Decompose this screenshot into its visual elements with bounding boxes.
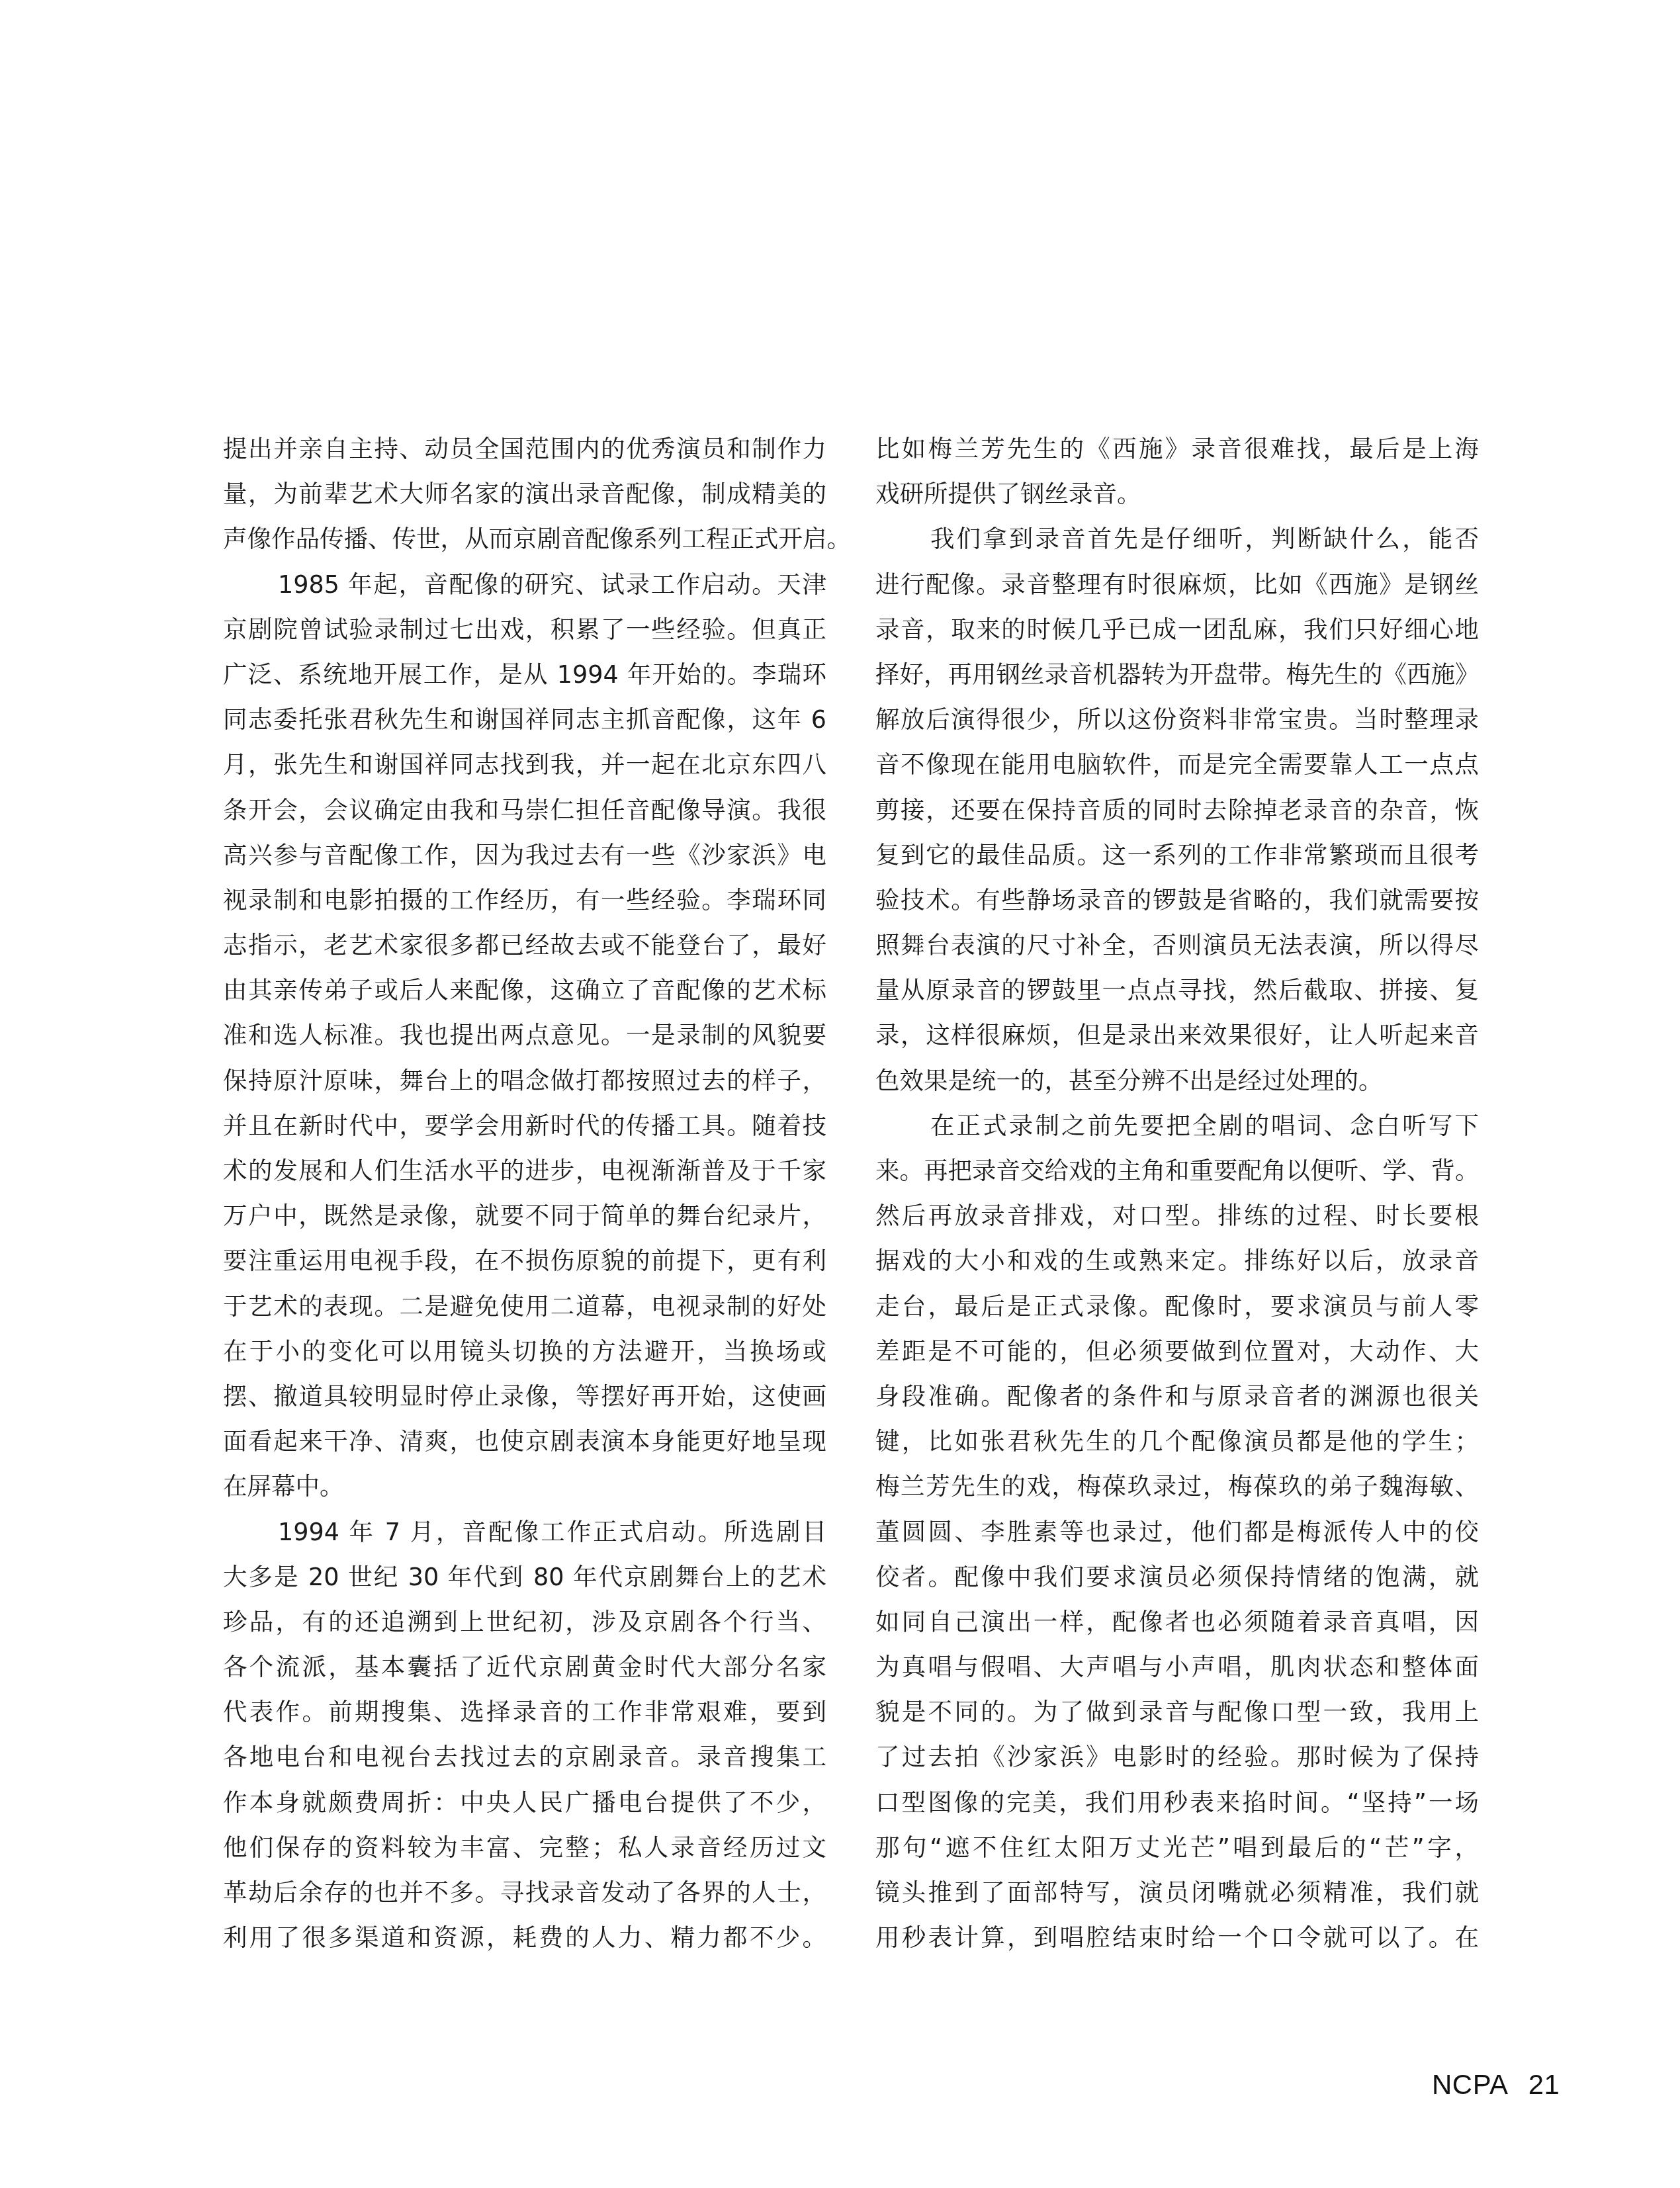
text-line: 口型图像的完美，我们用秒表来掐时间。“坚持”一场 (875, 1780, 1479, 1825)
text-line: 据戏的大小和戏的生或熟来定。排练好以后，放录音 (875, 1239, 1479, 1284)
text-line: 进行配像。录音整理有时很麻烦，比如《西施》是钢丝 (875, 562, 1479, 607)
text-line: 复到它的最佳品质。这一系列的工作非常繁琐而且很考 (875, 833, 1479, 878)
text-line: 视录制和电影拍摄的工作经历，有一些经验。李瑞环同 (223, 878, 826, 923)
text-line: 在于小的变化可以用镜头切换的方法避开，当换场或 (223, 1329, 826, 1374)
publication-name: NCPA (1432, 2069, 1509, 2101)
text-line: 色效果是统一的，甚至分辨不出是经过处理的。 (875, 1059, 1479, 1104)
text-line: 代表作。前期搜集、选择录音的工作非常艰难，要到 (223, 1690, 826, 1735)
text-line: 提出并亲自主持、动员全国范围内的优秀演员和制作力 (223, 427, 826, 472)
text-line: 同志委托张君秋先生和谢国祥同志主抓音配像，这年 6 (223, 697, 826, 742)
text-line: 革劫后余存的也并不多。寻找录音发动了各界的人士， (223, 1870, 826, 1915)
text-line: 各个流派，基本囊括了近代京剧黄金时代大部分名家 (223, 1645, 826, 1690)
text-line: 万户中，既然是录像，就要不同于简单的舞台纪录片， (223, 1194, 826, 1239)
text-line: 戏研所提供了钢丝录音。 (875, 472, 1479, 517)
text-line: 了过去拍《沙家浜》电影时的经验。那时候为了保持 (875, 1735, 1479, 1780)
text-line: 保持原汁原味，舞台上的唱念做打都按照过去的样子， (223, 1059, 826, 1104)
text-line: 大多是 20 世纪 30 年代到 80 年代京剧舞台上的艺术 (223, 1555, 826, 1600)
text-line: 声像作品传播、传世，从而京剧音配像系列工程正式开启。 (223, 517, 826, 562)
text-line: 利用了很多渠道和资源，耗费的人力、精力都不少。 (223, 1915, 826, 1960)
text-line: 走台，最后是正式录像。配像时，要求演员与前人零 (875, 1284, 1479, 1329)
text-line: 各地电台和电视台去找过去的京剧录音。录音搜集工 (223, 1735, 826, 1780)
text-line: 验技术。有些静场录音的锣鼓是省略的，我们就需要按 (875, 878, 1479, 923)
text-column-left: 提出并亲自主持、动员全国范围内的优秀演员和制作力量，为前辈艺术大师名家的演出录音… (223, 427, 826, 1960)
text-line: 差距是不可能的，但必须要做到位置对，大动作、大 (875, 1329, 1479, 1374)
text-line: 录音，取来的时候几乎已成一团乱麻，我们只好细心地 (875, 607, 1479, 652)
text-line: 佼者。配像中我们要求演员必须保持情绪的饱满，就 (875, 1555, 1479, 1600)
text-line: 术的发展和人们生活水平的进步，电视渐渐普及于千家 (223, 1149, 826, 1194)
text-line: 照舞台表演的尺寸补全，否则演员无法表演，所以得尽 (875, 923, 1479, 968)
text-line: 要注重运用电视手段，在不损伤原貌的前提下，更有利 (223, 1239, 826, 1284)
text-line: 广泛、系统地开展工作，是从 1994 年开始的。李瑞环 (223, 652, 826, 697)
text-line: 月，张先生和谢国祥同志找到我，并一起在北京东四八 (223, 742, 826, 787)
text-line: 比如梅兰芳先生的《西施》录音很难找，最后是上海 (875, 427, 1479, 472)
text-line: 面看起来干净、清爽，也使京剧表演本身能更好地呈现 (223, 1419, 826, 1464)
text-line: 用秒表计算，到唱腔结束时给一个口令就可以了。在 (875, 1915, 1479, 1960)
text-line: 那句“遮不住红太阳万丈光芒”唱到最后的“芒”字， (875, 1825, 1479, 1870)
text-line: 音不像现在能用电脑软件，而是完全需要靠人工一点点 (875, 742, 1479, 787)
paragraph-first-line: 1994 年 7 月，音配像工作正式启动。所选剧目 (223, 1510, 826, 1555)
text-column-right: 比如梅兰芳先生的《西施》录音很难找，最后是上海戏研所提供了钢丝录音。我们拿到录音… (875, 427, 1479, 1960)
text-line: 准和选人标准。我也提出两点意见。一是录制的风貌要 (223, 1013, 826, 1058)
text-line: 珍品，有的还追溯到上世纪初，涉及京剧各个行当、 (223, 1600, 826, 1645)
text-line: 量从原录音的锣鼓里一点点寻找，然后截取、拼接、复 (875, 968, 1479, 1013)
text-line: 于艺术的表现。二是避免使用二道幕，电视录制的好处 (223, 1284, 826, 1329)
text-line: 录，这样很麻烦，但是录出来效果很好，让人听起来音 (875, 1013, 1479, 1058)
text-line: 来。再把录音交给戏的主角和重要配角以便听、学、背。 (875, 1149, 1479, 1194)
text-line: 高兴参与音配像工作，因为我过去有一些《沙家浜》电 (223, 833, 826, 878)
paragraph-first-line: 我们拿到录音首先是仔细听，判断缺什么，能否 (875, 517, 1479, 562)
paragraph-first-line: 在正式录制之前先要把全剧的唱词、念白听写下 (875, 1104, 1479, 1149)
text-line: 志指示，老艺术家很多都已经故去或不能登台了，最好 (223, 923, 826, 968)
text-line: 并且在新时代中，要学会用新时代的传播工具。随着技 (223, 1104, 826, 1149)
paragraph-first-line: 1985 年起，音配像的研究、试录工作启动。天津 (223, 562, 826, 607)
text-line: 条开会，会议确定由我和马崇仁担任音配像导演。我很 (223, 788, 826, 833)
text-line: 然后再放录音排戏，对口型。排练的过程、时长要根 (875, 1194, 1479, 1239)
text-line: 京剧院曾试验录制过七出戏，积累了一些经验。但真正 (223, 607, 826, 652)
text-line: 身段准确。配像者的条件和与原录音者的渊源也很关 (875, 1374, 1479, 1419)
text-line: 梅兰芳先生的戏，梅葆玖录过，梅葆玖的弟子魏海敏、 (875, 1464, 1479, 1509)
text-line: 镜头推到了面部特写，演员闭嘴就必须精准，我们就 (875, 1870, 1479, 1915)
text-line: 为真唱与假唱、大声唱与小声唱，肌肉状态和整体面 (875, 1645, 1479, 1690)
text-line: 董圆圆、李胜素等也录过，他们都是梅派传人中的佼 (875, 1510, 1479, 1555)
text-line: 在屏幕中。 (223, 1464, 826, 1509)
text-line: 作本身就颇费周折：中央人民广播电台提供了不少， (223, 1780, 826, 1825)
text-line: 择好，再用钢丝录音机器转为开盘带。梅先生的《西施》 (875, 652, 1479, 697)
text-line: 如同自己演出一样，配像者也必须随着录音真唱，因 (875, 1600, 1479, 1645)
text-line: 摆、撤道具较明显时停止录像，等摆好再开始，这使画 (223, 1374, 826, 1419)
text-line: 貌是不同的。为了做到录音与配像口型一致，我用上 (875, 1690, 1479, 1735)
text-line: 量，为前辈艺术大师名家的演出录音配像，制成精美的 (223, 472, 826, 517)
text-line: 键，比如张君秋先生的几个配像演员都是他的学生； (875, 1419, 1479, 1464)
page-number: 21 (1528, 2069, 1560, 2101)
text-line: 剪接，还要在保持音质的同时去除掉老录音的杂音，恢 (875, 788, 1479, 833)
text-line: 解放后演得很少，所以这份资料非常宝贵。当时整理录 (875, 697, 1479, 742)
magazine-page: 提出并亲自主持、动员全国范围内的优秀演员和制作力量，为前辈艺术大师名家的演出录音… (0, 0, 1680, 2188)
text-line: 他们保存的资料较为丰富、完整；私人录音经历过文 (223, 1825, 826, 1870)
page-footer: NCPA 21 (1432, 2069, 1560, 2101)
text-line: 由其亲传弟子或后人来配像，这确立了音配像的艺术标 (223, 968, 826, 1013)
